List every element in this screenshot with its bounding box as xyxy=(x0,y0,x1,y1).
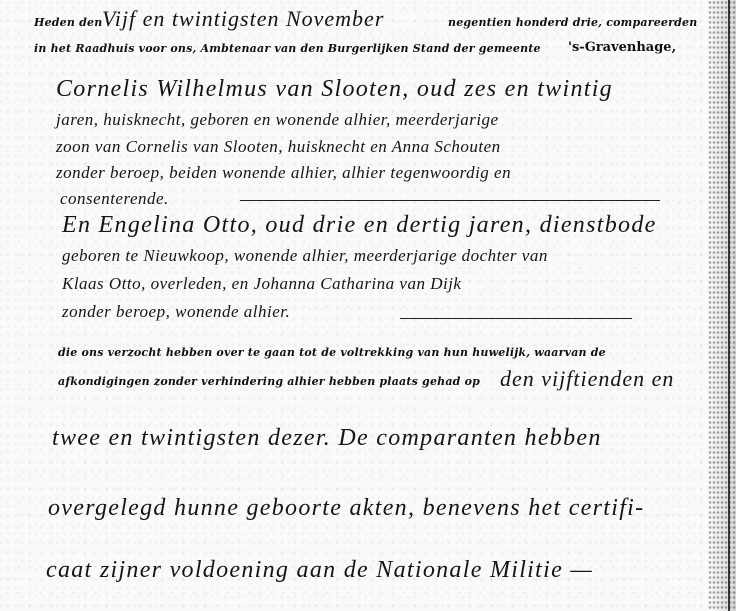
page-edge-shadow xyxy=(708,0,736,611)
handwritten-text: zonder beroep, wonende alhier. xyxy=(62,302,290,322)
handwritten-text: Vijf en twintigsten November xyxy=(102,6,384,32)
handwritten-text: caat zijner voldoening aan de Nationale … xyxy=(46,557,593,584)
handwritten-text: den vijftienden en xyxy=(500,366,674,392)
handwritten-text: Cornelis Wilhelmus van Slooten, oud zes … xyxy=(56,76,613,103)
printed-text: afkondigingen zonder verhindering alhier… xyxy=(58,375,480,388)
page-border-line xyxy=(728,0,730,611)
handwritten-text: consenterende. xyxy=(60,189,169,209)
handwritten-text: geboren te Nieuwkoop, wonende alhier, me… xyxy=(62,246,548,266)
municipality-name: 's-Gravenhage, xyxy=(568,40,676,55)
handwritten-text: jaren, huisknecht, geboren en wonende al… xyxy=(56,110,499,130)
document-page: Heden den Vijf en twintigsten November n… xyxy=(0,0,736,611)
printed-text: in het Raadhuis voor ons, Ambtenaar van … xyxy=(34,42,541,55)
fill-line xyxy=(240,200,660,201)
handwritten-text: zonder beroep, beiden wonende alhier, al… xyxy=(56,163,511,183)
handwritten-text: Klaas Otto, overleden, en Johanna Cathar… xyxy=(62,274,461,294)
handwritten-text: zoon van Cornelis van Slooten, huisknech… xyxy=(56,137,501,157)
printed-text: Heden den xyxy=(34,16,102,29)
handwritten-text: twee en twintigsten dezer. De comparante… xyxy=(52,425,602,452)
fill-line xyxy=(400,318,632,319)
printed-text: die ons verzocht hebben over te gaan tot… xyxy=(58,346,606,359)
printed-text: negentien honderd drie, compareerden xyxy=(448,16,697,29)
handwritten-text: En Engelina Otto, oud drie en dertig jar… xyxy=(62,212,657,239)
handwritten-text: overgelegd hunne geboorte akten, beneven… xyxy=(48,495,644,522)
